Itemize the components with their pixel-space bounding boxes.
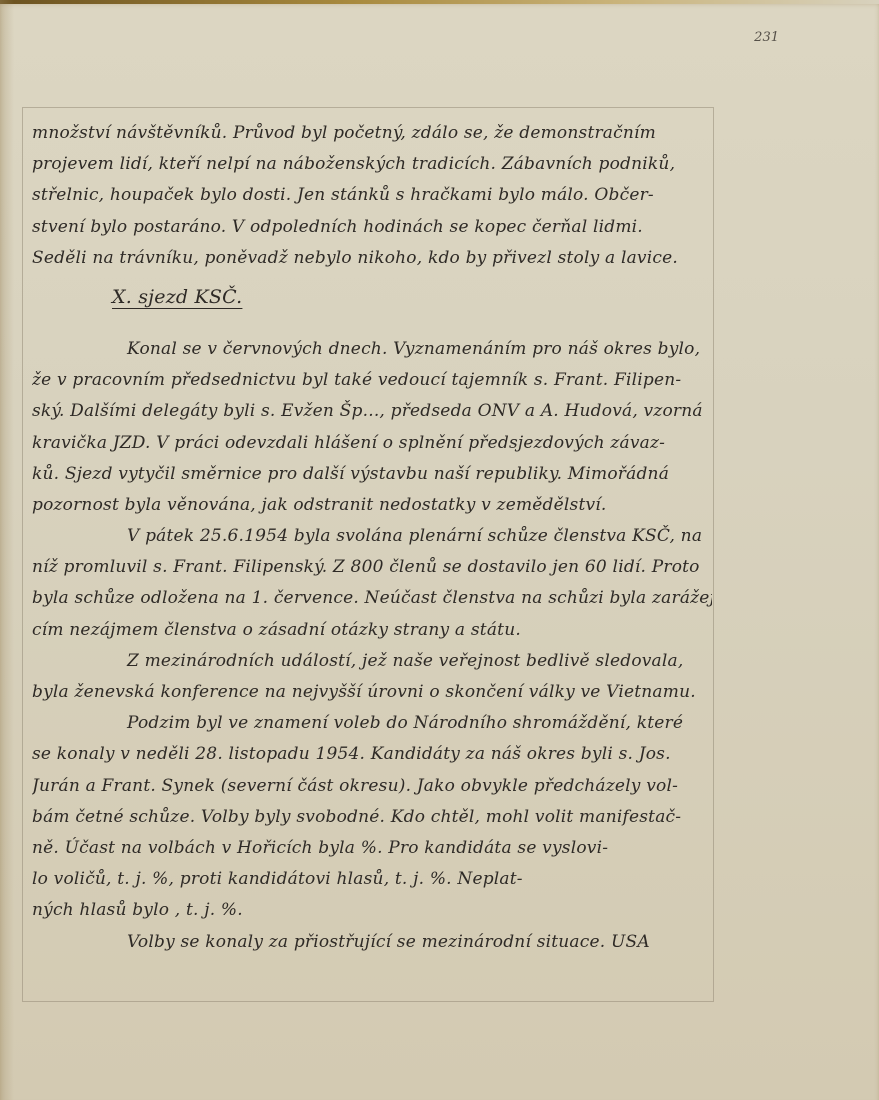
text-line: ků. Sjezd vytyčil směrnice pro další výs… — [32, 459, 712, 490]
text-line: Volby se konaly za přiostřující se mezin… — [32, 927, 712, 958]
text-line: cím nezájmem členstva o zásadní otázky s… — [32, 615, 712, 646]
section-heading: X. sjezd KSČ. — [112, 274, 712, 324]
text-line: Seděli na trávníku, poněvadž nebylo niko… — [32, 243, 712, 274]
text-line: množství návštěvníků. Průvod byl početný… — [32, 118, 712, 149]
text-line: kravička JZD. V práci odevzdali hlášení … — [32, 428, 712, 459]
text-line: Z mezinárodních událostí, jež naše veřej… — [32, 646, 712, 677]
text-line: níž promluvil s. Frant. Filipenský. Z 80… — [32, 552, 712, 583]
text-line: že v pracovním předsednictvu byl také ve… — [32, 365, 712, 396]
page-binding-shade — [0, 0, 14, 1100]
spacer — [32, 324, 712, 334]
text-line: střelnic, houpaček bylo dosti. Jen stánk… — [32, 180, 712, 211]
text-line: Jurán a Frant. Synek (severní část okres… — [32, 771, 712, 802]
text-line: byla ženevská konference na nejvyšší úro… — [32, 677, 712, 708]
text-line: lo voličů, t. j. %, proti kandidátovi hl… — [32, 864, 712, 895]
text-line: pozornost byla věnována, jak odstranit n… — [32, 490, 712, 521]
text-line: se konaly v neděli 28. listopadu 1954. K… — [32, 739, 712, 770]
handwritten-text: množství návštěvníků. Průvod byl početný… — [32, 118, 712, 958]
text-line: Konal se v červnových dnech. Vyznamenání… — [32, 334, 712, 365]
document-page: 231 množství návštěvníků. Průvod byl poč… — [0, 0, 879, 1100]
text-line: stvení bylo postaráno. V odpoledních hod… — [32, 212, 712, 243]
text-line: projevem lidí, kteří nelpí na náboženský… — [32, 149, 712, 180]
text-line: byla schůze odložena na 1. července. Neú… — [32, 583, 712, 614]
text-line: bám četné schůze. Volby byly svobodné. K… — [32, 802, 712, 833]
text-line: Podzim byl ve znamení voleb do Národního… — [32, 708, 712, 739]
page-top-edge — [0, 0, 879, 4]
text-line: ně. Účast na volbách v Hořicích byla %. … — [32, 833, 712, 864]
text-line: V pátek 25.6.1954 byla svolána plenární … — [32, 521, 712, 552]
page-number: 231 — [754, 30, 779, 45]
text-line: ných hlasů bylo , t. j. %. — [32, 895, 712, 926]
text-line: ský. Dalšími delegáty byli s. Evžen Šp..… — [32, 396, 712, 427]
